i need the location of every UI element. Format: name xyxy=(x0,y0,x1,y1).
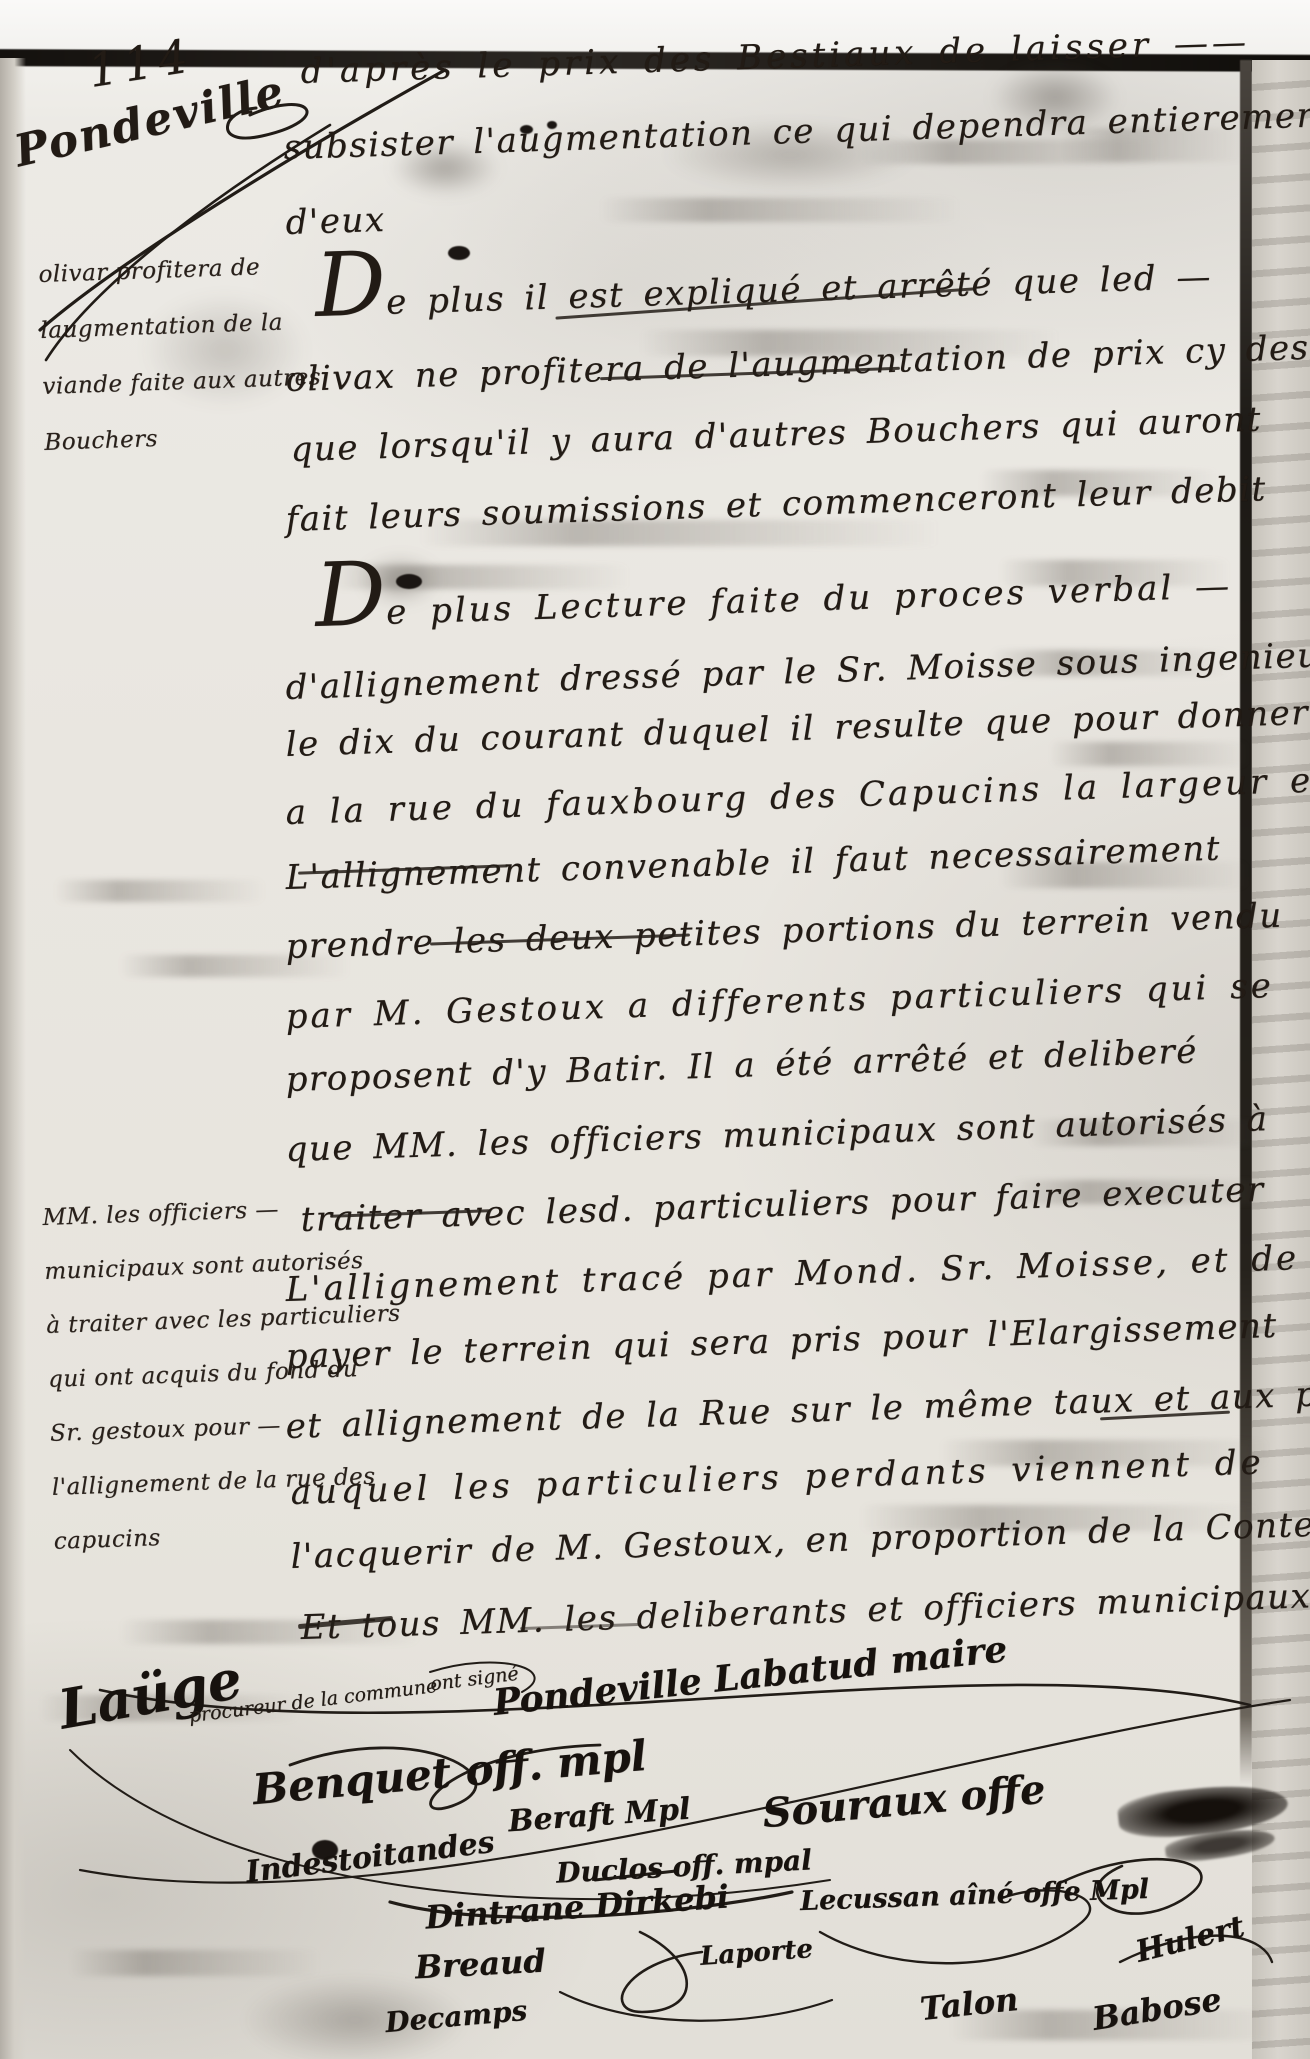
bleedthrough-smudge xyxy=(55,880,265,902)
body-line: et allignement de la Rue sur le même tau… xyxy=(285,1373,1310,1447)
margin-note-line: Bouchers xyxy=(44,420,325,486)
bleedthrough-smudge xyxy=(1050,742,1250,766)
margin-note-butchers: olivar profitera de laugmentation de la … xyxy=(38,252,324,486)
margin-note-line: laugmentation de la xyxy=(40,308,321,374)
body-line: traiter avec lesd. particuliers pour fai… xyxy=(300,1170,1265,1240)
margin-note-alignment: MM. les officiers — municipaux sont auto… xyxy=(42,1193,409,1583)
body-line: que MM. les officiers municipaux sont au… xyxy=(285,1099,1269,1170)
body-line: proposent d'y Batir. Il a été arrêté et … xyxy=(285,1031,1198,1100)
body-line: prendre les deux petites portions du ter… xyxy=(285,896,1283,967)
body-line: auquel les particuliers perdants viennen… xyxy=(290,1442,1265,1513)
signature-officer: Breaud xyxy=(414,1942,546,1987)
manuscript-page: 114 Pondeville olivar profitera de laugm… xyxy=(0,0,1310,2059)
margin-note-line: olivar profitera de xyxy=(38,252,319,318)
body-line: par M. Gestoux a differents particuliers… xyxy=(285,966,1274,1037)
ink-dot xyxy=(396,574,422,589)
body-line: L'allignement tracé par Mond. Sr. Moisse… xyxy=(285,1238,1300,1310)
body-line: a la rue du fauxbourg des Capucins la la… xyxy=(285,760,1310,833)
body-line: que lorsqu'il y aura d'autres Bouchers q… xyxy=(290,399,1262,469)
margin-note-line: viande faite aux autres xyxy=(42,364,323,430)
body-line: payer le terrein qui sera pris pour l'El… xyxy=(285,1306,1278,1377)
body-line: l'acquerir de M. Gestoux, en proportion … xyxy=(290,1501,1310,1577)
